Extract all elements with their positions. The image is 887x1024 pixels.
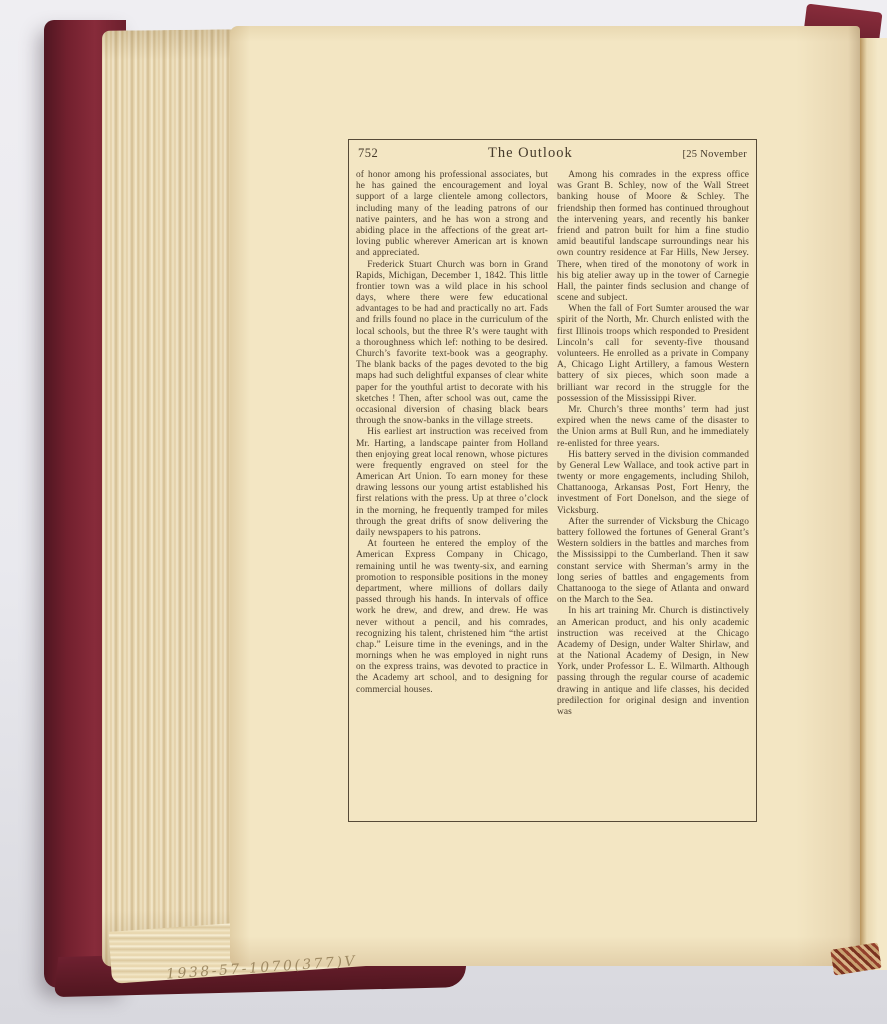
photo-of-open-book: 752 The Outlook [25 November of honor am… xyxy=(0,0,887,1024)
paragraph: of honor among his professional associat… xyxy=(356,170,548,260)
right-column: Among his comrades in the express office… xyxy=(557,170,749,814)
paragraph: His earliest art instruction was receive… xyxy=(356,427,548,539)
printed-text-area: 752 The Outlook [25 November of honor am… xyxy=(348,139,757,822)
paragraph: At fourteen he entered the employ of the… xyxy=(356,539,548,696)
paragraph: After the surrender of Vicksburg the Chi… xyxy=(557,517,749,607)
paragraph: Among his comrades in the express office… xyxy=(557,170,749,304)
issue-date: [25 November xyxy=(682,149,747,160)
paragraph: When the fall of Fort Sumter aroused the… xyxy=(557,304,749,405)
journal-title: The Outlook xyxy=(488,145,573,162)
page-number: 752 xyxy=(358,146,378,161)
paragraph: In his art training Mr. Church is distin… xyxy=(557,606,749,718)
page-edges-stack xyxy=(102,29,242,966)
paragraph: Frederick Stuart Church was born in Gran… xyxy=(356,260,548,428)
paragraph: His battery served in the division comma… xyxy=(557,450,749,517)
running-head: 752 The Outlook [25 November xyxy=(356,145,749,162)
left-column: of honor among his professional associat… xyxy=(356,170,548,814)
facing-page-gutter xyxy=(860,38,887,970)
text-columns: of honor among his professional associat… xyxy=(356,170,749,814)
paragraph: Mr. Church’s three months’ term had just… xyxy=(557,405,749,450)
